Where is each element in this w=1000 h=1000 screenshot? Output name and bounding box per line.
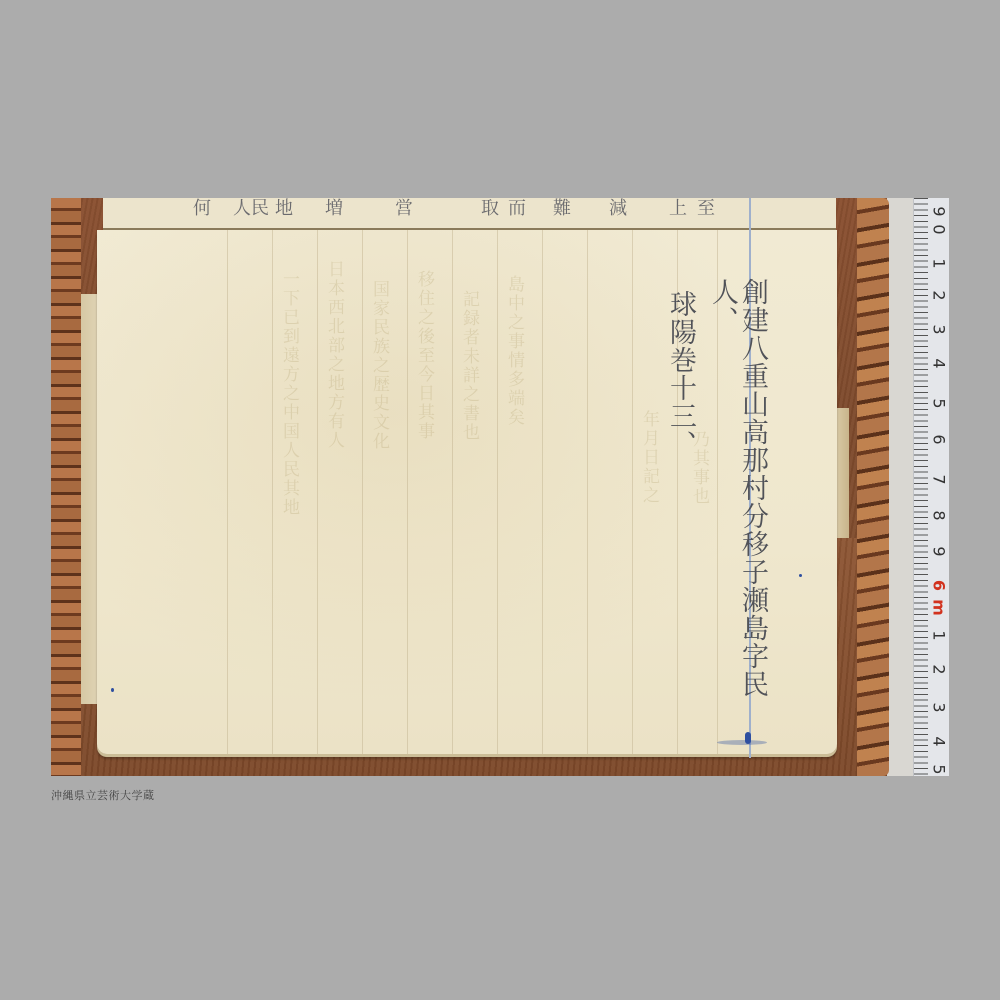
notebook-page: 一下已到遠方之中国人民其地 日本西北部之地方有人 国家民族之歴史文化 移住之後至…	[97, 230, 837, 754]
bleed-through-text: 移住之後至今日其事	[412, 270, 437, 720]
measuring-ruler: 9 0 1 2 3 4 5 6 7 8 9 6 m 1 2 3 4 5	[913, 198, 949, 776]
ruler-label: 3	[930, 697, 949, 719]
ruled-line	[632, 230, 633, 754]
ink-stain	[717, 740, 767, 745]
ruler-label: 2	[930, 285, 949, 307]
ruler-label: 7	[930, 469, 949, 491]
strip-glyph: 而	[508, 198, 526, 220]
bleed-through-text: 国家民族之歴史文化	[367, 280, 392, 720]
strip-glyph: 増	[325, 198, 343, 220]
ruler-label-meter-unit: m	[930, 597, 949, 619]
bleed-through-text: 日本西北部之地方有人	[322, 260, 347, 720]
ruled-line	[497, 230, 498, 754]
ruler-label: 3	[930, 319, 949, 341]
strip-glyph: 難	[553, 198, 571, 220]
ruler-label: 4	[930, 353, 949, 375]
ruled-line	[407, 230, 408, 754]
ruler-ticks	[914, 198, 928, 776]
notebook-photograph: 何 人民 地 増 営 取 而 難 減 上 至 一下已到遠方之中	[51, 198, 949, 776]
ruler-label: 5	[930, 393, 949, 415]
ruled-line	[452, 230, 453, 754]
ink-dot	[111, 688, 114, 692]
ruled-line	[227, 230, 228, 754]
ink-dot	[799, 574, 802, 577]
bleed-through-text: 年月日記之	[637, 410, 662, 710]
ruler-label: 5	[930, 759, 949, 777]
ruler-label: 0	[930, 219, 949, 241]
handwritten-column-founding: 創建八重山高那村分移子瀬島字民人、	[707, 278, 767, 698]
strip-glyph: 地	[275, 198, 293, 220]
ruler-label: 2	[930, 659, 949, 681]
ruled-line	[272, 230, 273, 754]
ruled-line	[317, 230, 318, 754]
bleed-through-text: 一下已到遠方之中国人民其地	[277, 270, 302, 720]
collection-credit-caption: 沖縄県立芸術大学蔵	[51, 787, 155, 803]
strip-glyph: 営	[395, 198, 413, 220]
previous-page-strip: 何 人民 地 増 営 取 而 難 減 上 至	[103, 198, 836, 230]
bleed-through-text: 記録者未詳之書也	[457, 290, 482, 720]
leather-stitching-right	[857, 198, 889, 776]
ruler-label: 8	[930, 505, 949, 527]
ruled-line	[542, 230, 543, 754]
ruled-line	[362, 230, 363, 754]
strip-glyph: 至	[697, 198, 715, 220]
leather-stitching-left	[51, 198, 81, 776]
ruler-label-meter: 6	[930, 575, 949, 597]
ruler-label: 9	[930, 541, 949, 563]
ruler-label: 1	[930, 625, 949, 647]
photo-stage: 何 人民 地 増 営 取 而 難 減 上 至 一下已到遠方之中	[0, 0, 1000, 1000]
bleed-through-text: 島中之事情多端矣	[502, 275, 527, 720]
strip-glyph: 減	[609, 198, 627, 220]
strip-glyph: 何	[193, 198, 211, 220]
ruler-label: 4	[930, 731, 949, 753]
strip-glyph: 人民	[233, 198, 269, 220]
ruler-label: 1	[930, 253, 949, 275]
handwritten-column-kyuyo: 球陽巻十三、	[665, 290, 695, 490]
ruled-line	[587, 230, 588, 754]
strip-glyph: 取	[481, 198, 499, 220]
ruler-label: 6	[930, 429, 949, 451]
strip-glyph: 上	[669, 198, 687, 220]
